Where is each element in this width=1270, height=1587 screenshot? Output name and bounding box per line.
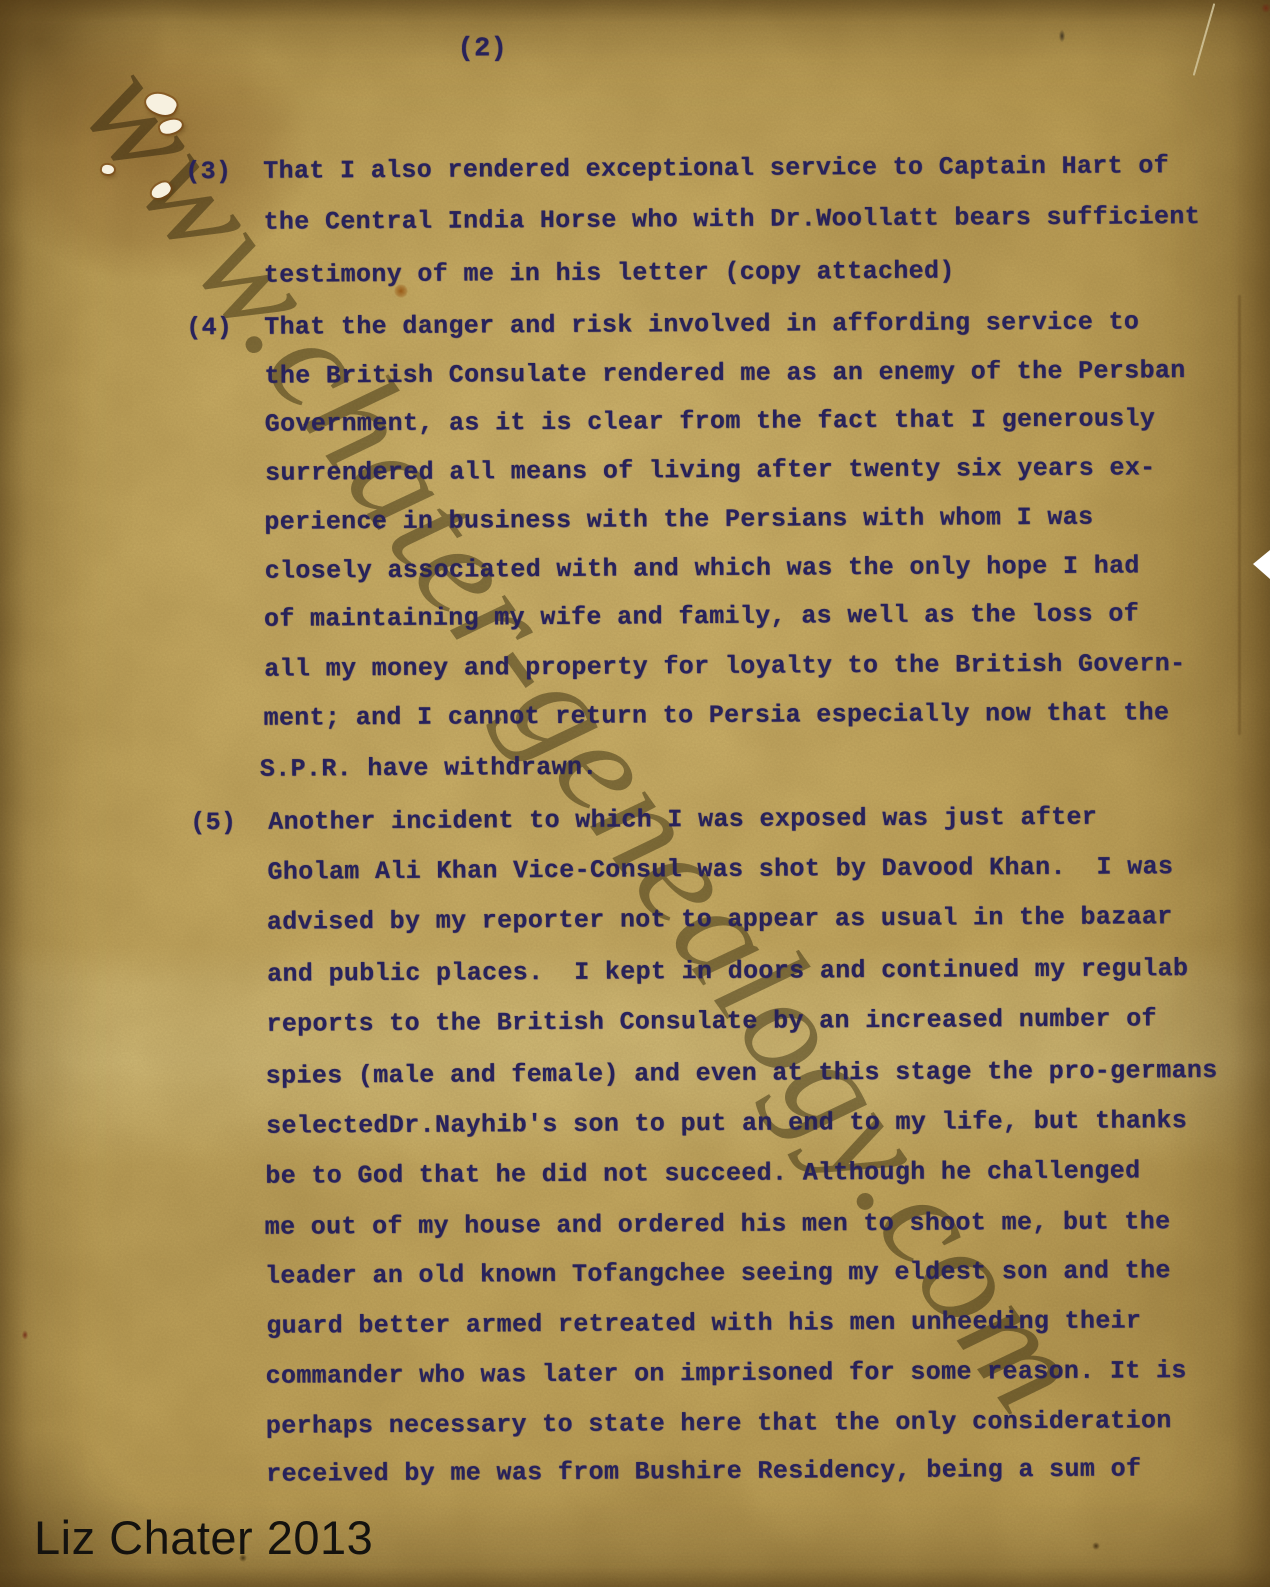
- typed-line: and public places. I kept in doors and c…: [267, 954, 1188, 990]
- typed-line: Gholam Ali Khan Vice-Consul was shot by …: [267, 852, 1173, 888]
- typed-line: Another incident to which I was exposed …: [268, 803, 1097, 838]
- typed-line: the British Consulate rendered me as an …: [264, 356, 1185, 392]
- typed-line: testimony of me in his letter (copy atta…: [264, 257, 955, 291]
- credit-watermark: Liz Chater 2013: [34, 1514, 373, 1561]
- typewritten-text-layer: (2) (3) That I also rendered exceptional…: [0, 0, 1270, 1587]
- typed-line: the Central India Horse who with Dr.Wool…: [263, 202, 1200, 238]
- typed-line: closely associated with and which was th…: [265, 551, 1140, 586]
- typed-line: be to God that he did not succeed. Altho…: [265, 1156, 1140, 1191]
- typed-line: perience in business with the Persians w…: [264, 503, 1093, 538]
- typed-line: That the danger and risk involved in aff…: [264, 307, 1139, 342]
- typed-line: spies (male and female) and even at this…: [266, 1056, 1218, 1092]
- typed-line: guard better armed retreated with his me…: [266, 1306, 1141, 1341]
- typed-line: ment; and I cannot return to Persia espe…: [263, 698, 1169, 734]
- edge-notch: [1253, 550, 1270, 579]
- typed-line: That I also rendered exceptional service…: [263, 151, 1169, 187]
- typed-line: Government, as it is clear from the fact…: [265, 404, 1156, 439]
- typed-line: reports to the British Consulate by an i…: [266, 1004, 1157, 1039]
- typed-line: surrendered all means of living after tw…: [265, 453, 1156, 488]
- typed-line: S.P.R. have withdrawn.: [260, 753, 598, 785]
- typed-line: selectedDr.Nayhib's son to put an end to…: [266, 1106, 1187, 1142]
- typed-line: leader an old known Tofangchee seeing my…: [265, 1256, 1171, 1292]
- clause-number: (3): [185, 157, 231, 187]
- typed-line: advised by my reporter not to appear as …: [267, 902, 1173, 938]
- typed-line: all my money and property for loyalty to…: [264, 649, 1185, 685]
- typed-line: received by me was from Bushire Residenc…: [266, 1454, 1141, 1489]
- page-number: (2): [457, 34, 507, 64]
- clause-number: (5): [190, 808, 236, 838]
- typed-line: of maintaining my wife and family, as we…: [264, 599, 1139, 634]
- typed-line: commander who was later on imprisoned fo…: [265, 1356, 1186, 1392]
- typed-line: perhaps necessary to state here that the…: [266, 1406, 1172, 1442]
- typed-line: me out of my house and ordered his men t…: [265, 1207, 1171, 1243]
- scanned-letter-page: www.chater-genealogy.com (2) (3) That I …: [0, 0, 1270, 1587]
- clause-number: (4): [186, 313, 232, 343]
